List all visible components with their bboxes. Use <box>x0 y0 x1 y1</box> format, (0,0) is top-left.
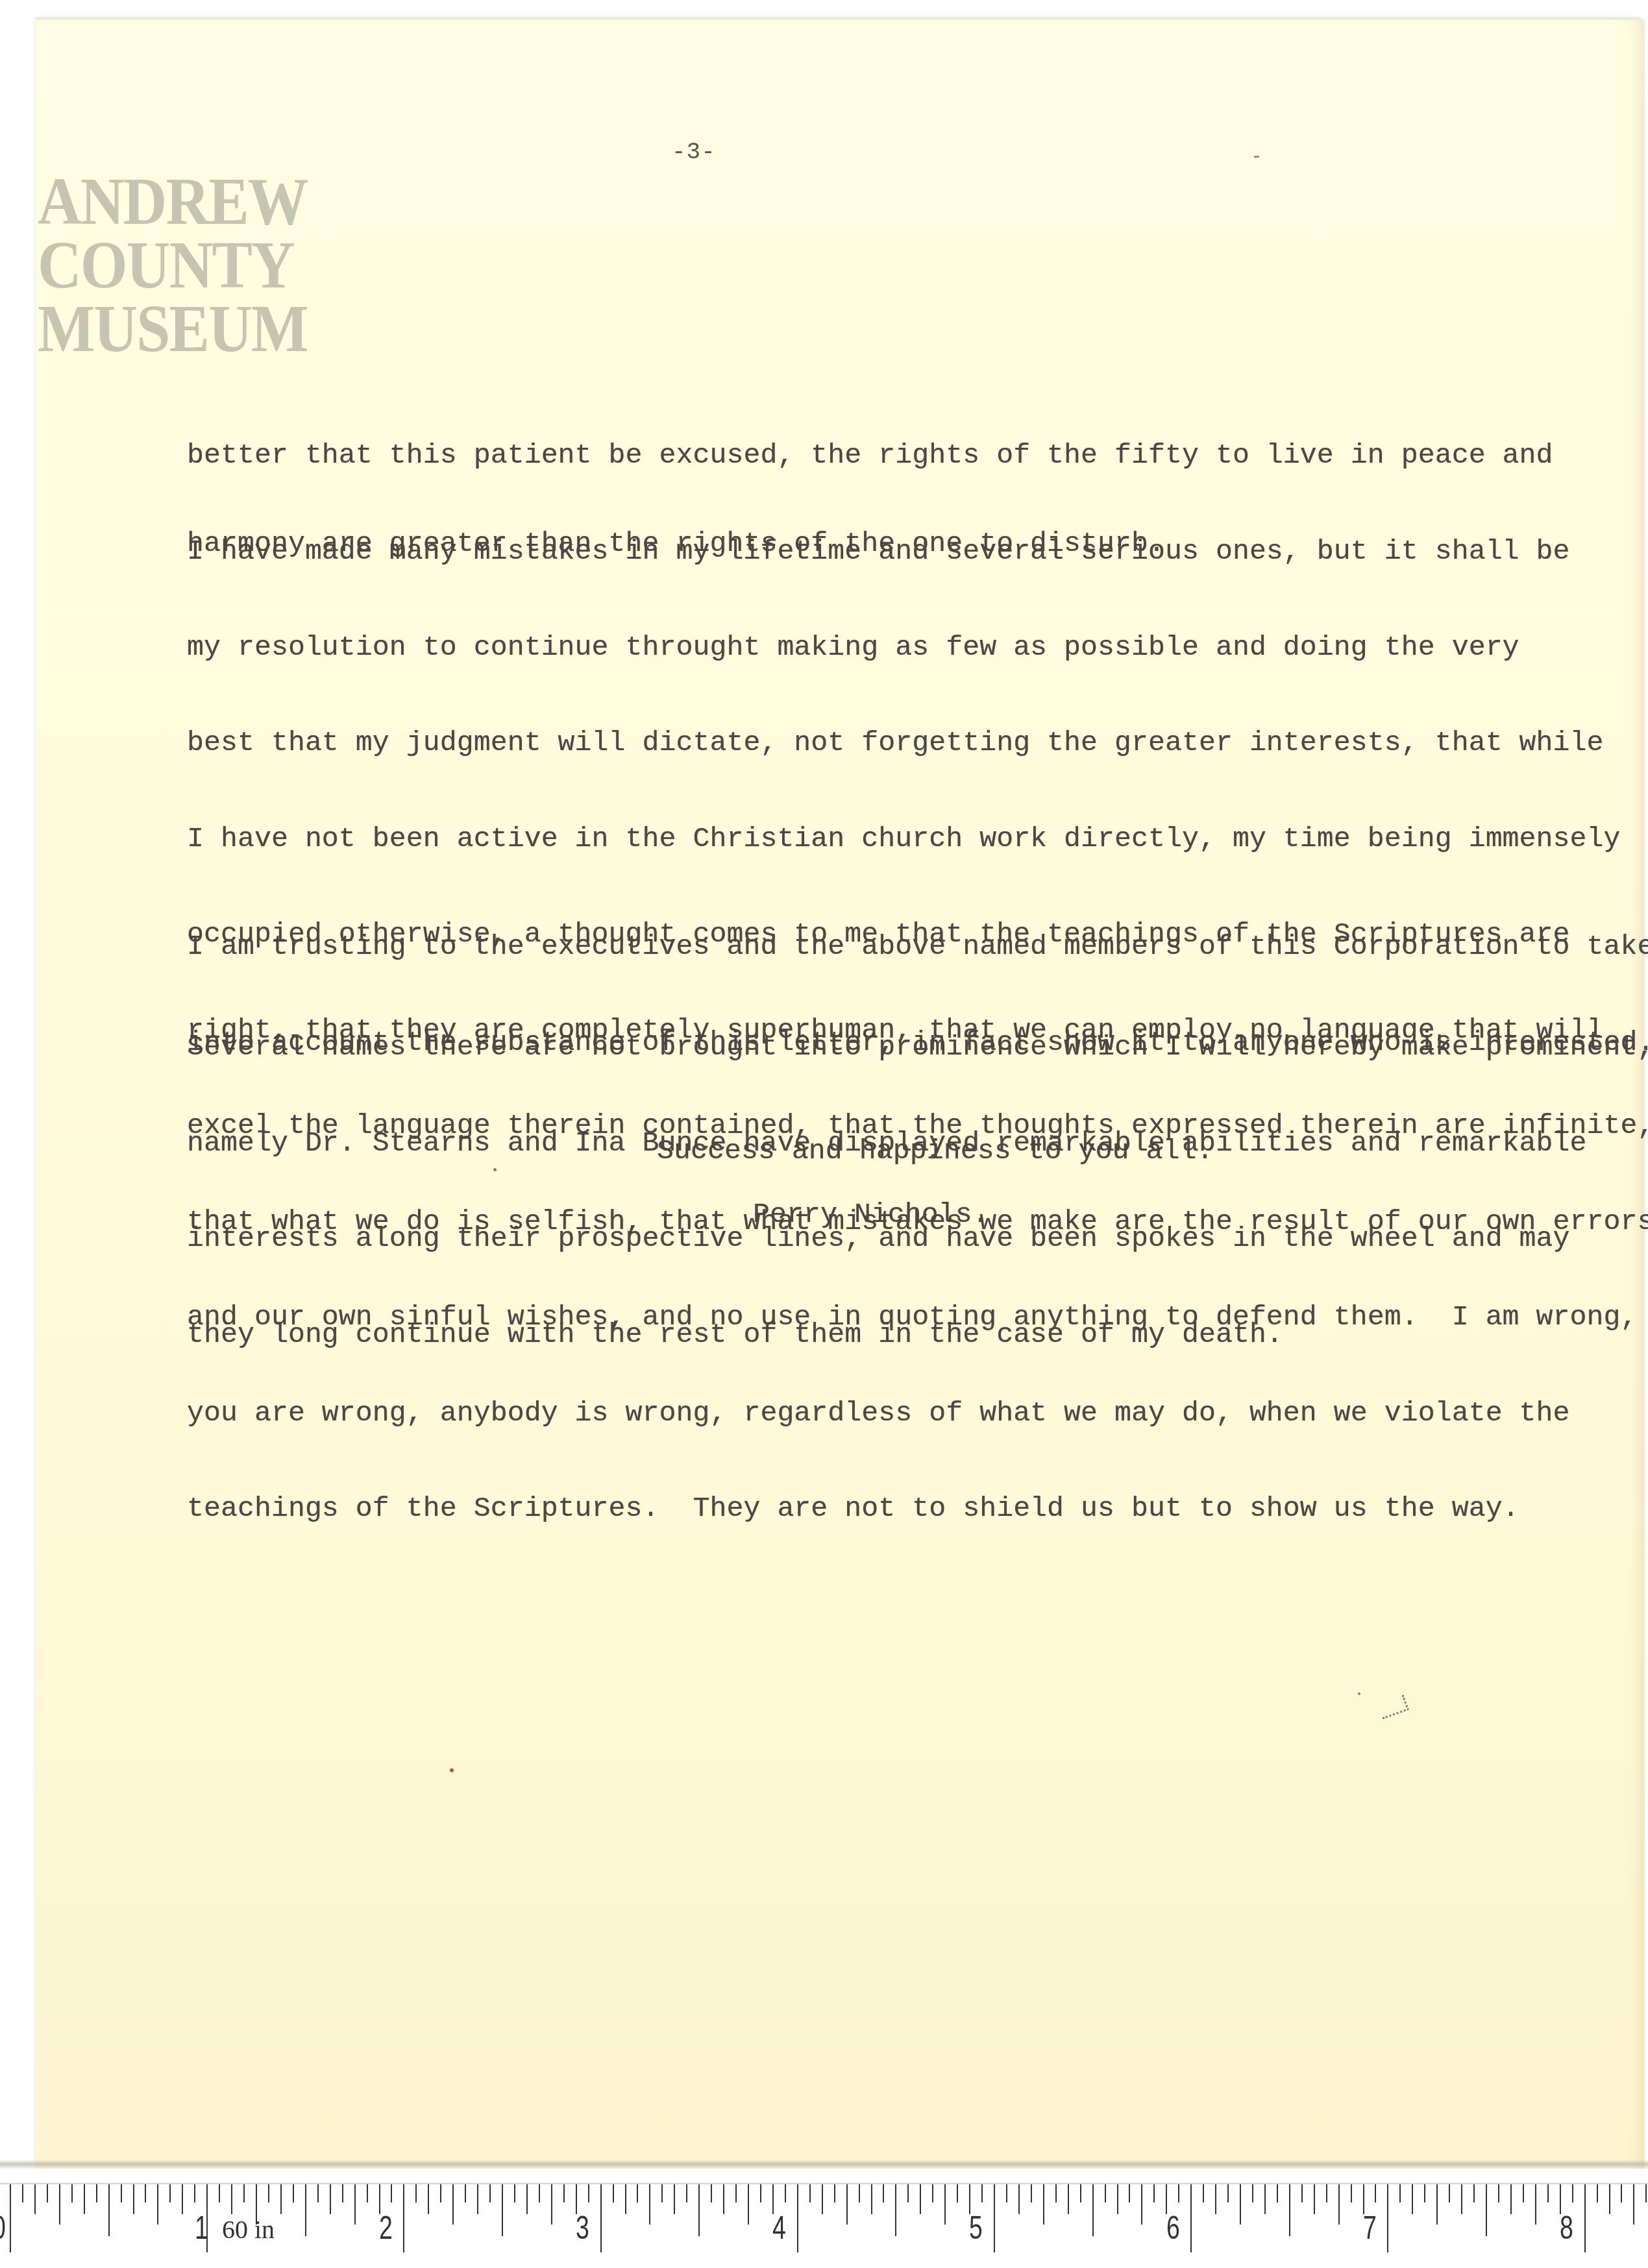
ruler-tick <box>809 2184 811 2202</box>
ruler-tick <box>661 2184 663 2202</box>
ruler-tick <box>698 2184 700 2236</box>
ruler-tick <box>526 2184 528 2214</box>
ruler-label-3: 3 <box>576 2209 589 2247</box>
ruler-tick <box>194 2184 195 2202</box>
ruler-tick <box>514 2184 515 2202</box>
ruler-tick <box>785 2184 786 2202</box>
ruler-label-2: 2 <box>379 2209 393 2247</box>
ruler-tick <box>1498 2184 1499 2202</box>
ruler-tick <box>944 2184 946 2225</box>
ruler-tick <box>305 2184 306 2236</box>
ruler-tick <box>1338 2184 1340 2225</box>
ruler-tick <box>674 2184 675 2214</box>
ruler-tick <box>477 2184 478 2214</box>
ruler-tick <box>1473 2184 1475 2202</box>
ruler-tick <box>735 2184 737 2202</box>
ruler-tick <box>231 2184 232 2214</box>
text-line: Several names there are not brought into… <box>187 1032 1648 1064</box>
ruler-tick <box>403 2184 404 2252</box>
ruler-tick <box>1387 2184 1388 2252</box>
ruler-tick <box>723 2184 724 2214</box>
stray-mark <box>1254 156 1259 158</box>
ruler-label-6: 6 <box>1166 2209 1180 2247</box>
ruler-tick <box>772 2184 774 2214</box>
ruler-label-4: 4 <box>772 2209 786 2247</box>
ruler-tick <box>59 2184 60 2225</box>
ruler-tick <box>920 2184 921 2214</box>
ruler-tick <box>293 2184 294 2202</box>
text-line: I have made many mistakes in my lifetime… <box>187 536 1648 568</box>
ruler-tick <box>47 2184 48 2202</box>
ruler-tick <box>649 2184 650 2225</box>
ruler-tick <box>957 2184 958 2202</box>
ruler-tick <box>354 2184 356 2225</box>
ruler-tick <box>452 2184 454 2225</box>
ruler-tick <box>1621 2184 1622 2202</box>
ruler-label-0: 0 <box>0 2209 6 2247</box>
ruler-tick <box>367 2184 368 2202</box>
watermark-line: ANDREW <box>38 170 308 234</box>
ruler-tick <box>1510 2184 1512 2214</box>
ruler-tick <box>1240 2184 1241 2225</box>
ruler-tick <box>108 2184 110 2236</box>
ruler-tick <box>330 2184 331 2214</box>
paragraph-4: Several names there are not brought into… <box>187 968 1648 1383</box>
ruler-label-8: 8 <box>1560 2209 1573 2247</box>
ruler-tick <box>1068 2184 1069 2214</box>
ruler-tick <box>121 2184 122 2202</box>
ruler-tick <box>895 2184 896 2236</box>
ruler-tick <box>489 2184 491 2202</box>
ruler-tick <box>1399 2184 1401 2202</box>
ruler-tick <box>1190 2184 1192 2252</box>
ruler-tick <box>1166 2184 1167 2214</box>
ruler-tick <box>1289 2184 1290 2236</box>
ruler-tick <box>1645 2184 1647 2202</box>
text-line: my resolution to continue throught makin… <box>187 632 1648 665</box>
ruler-tick <box>465 2184 466 2202</box>
text-line: teachings of the Scriptures. They are no… <box>187 1493 1648 1526</box>
ruler-unit-label: 60 in <box>222 2214 275 2245</box>
page-number: -3- <box>672 139 716 165</box>
ruler-tick <box>1031 2184 1032 2202</box>
ruler-tick <box>71 2184 73 2202</box>
watermark-line: MUSEUM <box>38 297 308 361</box>
ruler-tick <box>1363 2184 1364 2214</box>
text-line: best that my judgment will dictate, not … <box>187 727 1648 760</box>
ruler-tick <box>1523 2184 1524 2202</box>
ruler-tick <box>1449 2184 1450 2202</box>
ruler-tick <box>391 2184 392 2202</box>
text-line: you are wrong, anybody is wrong, regardl… <box>187 1398 1648 1430</box>
ruler-tick <box>1326 2184 1327 2202</box>
ruler-tick <box>576 2184 577 2214</box>
ruler-tick <box>1105 2184 1106 2202</box>
ruler-tick <box>1486 2184 1487 2236</box>
ruler-tick <box>1006 2184 1007 2202</box>
ruler-shadow <box>0 2160 1648 2169</box>
ruler-tick <box>243 2184 245 2202</box>
ruler-tick <box>256 2184 257 2225</box>
ruler-tick <box>1117 2184 1118 2214</box>
ruler-tick <box>1018 2184 1020 2214</box>
ruler-tick <box>1436 2184 1438 2225</box>
watermark-line: COUNTY <box>38 234 308 297</box>
ruler-tick <box>317 2184 319 2202</box>
ruler-tick <box>219 2184 220 2202</box>
ruler-tick <box>145 2184 146 2202</box>
text-line: I am trusting to the executives and the … <box>187 931 1648 964</box>
ruler-tick <box>1227 2184 1229 2202</box>
ruler-tick <box>34 2184 36 2214</box>
ruler-tick <box>563 2184 565 2202</box>
ruler-tick <box>1215 2184 1216 2214</box>
ruler-tick <box>182 2184 183 2214</box>
text-line: better that this patient be excused, the… <box>187 444 1553 469</box>
ruler-tick <box>907 2184 909 2202</box>
ruler-tick <box>1412 2184 1413 2214</box>
ruler-tick <box>415 2184 417 2202</box>
ruler-tick <box>1153 2184 1155 2202</box>
ruler-tick <box>342 2184 343 2202</box>
ruler-tick <box>1535 2184 1536 2225</box>
ruler-tick <box>1301 2184 1303 2202</box>
ruler-tick <box>84 2184 85 2214</box>
ruler-tick <box>637 2184 638 2202</box>
ruler-tick <box>169 2184 171 2202</box>
ruler-tick <box>600 2184 602 2252</box>
ruler-label-5: 5 <box>969 2209 983 2247</box>
ruler-tick <box>1252 2184 1253 2202</box>
ruler-tick <box>588 2184 589 2202</box>
ruler-tick <box>440 2184 441 2202</box>
ruler-tick <box>1375 2184 1376 2202</box>
ruler-tick <box>1314 2184 1315 2214</box>
ruler-tick <box>1351 2184 1352 2202</box>
ruler-tick <box>1277 2184 1278 2202</box>
ruler-tick <box>1055 2184 1057 2202</box>
ruler-tick <box>1572 2184 1573 2202</box>
paper-speck <box>1358 1692 1360 1695</box>
ruler-tick <box>206 2184 208 2252</box>
museum-watermark: ANDREW COUNTY MUSEUM <box>38 170 308 361</box>
ruler-tick <box>686 2184 687 2202</box>
ruler-tick <box>551 2184 552 2225</box>
ruler-tick <box>822 2184 823 2214</box>
ruler-tick <box>834 2184 835 2202</box>
ruler-tick <box>846 2184 848 2225</box>
ruler-tick <box>711 2184 712 2202</box>
ruler-tick <box>969 2184 970 2214</box>
ruler-tick <box>96 2184 97 2202</box>
ruler-tick <box>1547 2184 1549 2202</box>
ruler-tick <box>10 2184 11 2252</box>
ruler-tick <box>1461 2184 1462 2214</box>
ruler-tick <box>994 2184 995 2252</box>
ruler-tick <box>932 2184 933 2202</box>
ruler-tick <box>1141 2184 1142 2225</box>
ruler-tick <box>797 2184 798 2252</box>
ruler-tick <box>883 2184 884 2202</box>
ruler-tick <box>280 2184 282 2214</box>
ruler-tick <box>268 2184 269 2202</box>
ruler-tick <box>1092 2184 1094 2236</box>
ruler-tick <box>1584 2184 1586 2252</box>
ruler-tick <box>625 2184 626 2214</box>
ruler-tick <box>1597 2184 1598 2202</box>
ruler-tick <box>859 2184 860 2202</box>
ruler-tick <box>428 2184 429 2214</box>
closing-line: Success and happiness to you all. <box>657 1136 1213 1167</box>
ruler-tick <box>22 2184 23 2202</box>
text-line: I have not been active in the Christian … <box>187 823 1648 856</box>
ruler-tick <box>379 2184 380 2214</box>
ruler-tick <box>1609 2184 1610 2214</box>
text-line: they long continue with the rest of them… <box>187 1319 1648 1352</box>
ruler-tick <box>613 2184 614 2202</box>
signature: Perry Nichols. <box>753 1199 989 1231</box>
ruler-tick <box>748 2184 749 2225</box>
ruler-tick <box>1178 2184 1179 2202</box>
ruler-tick <box>871 2184 872 2214</box>
ruler-tick <box>133 2184 134 2214</box>
ruler-tick <box>539 2184 540 2202</box>
ruler-tick <box>1424 2184 1425 2202</box>
ruler-tick <box>1043 2184 1044 2225</box>
ruler-tick <box>1203 2184 1204 2202</box>
ruler-tick <box>1080 2184 1081 2202</box>
ruler-tick <box>1560 2184 1561 2214</box>
paper-speck <box>450 1768 454 1772</box>
ruler-tick <box>1129 2184 1130 2202</box>
ruler-label-7: 7 <box>1363 2209 1377 2247</box>
ruler-tick <box>1633 2184 1634 2225</box>
ruler-tick <box>157 2184 158 2225</box>
ruler-tick <box>1264 2184 1266 2214</box>
measuring-ruler: 0 1 60 in 2 3 4 5 6 7 8 <box>0 2169 1648 2268</box>
ruler-tick <box>760 2184 761 2202</box>
ruler-tick <box>502 2184 503 2236</box>
ruler-tick <box>981 2184 983 2202</box>
paper-speck <box>493 1168 497 1171</box>
